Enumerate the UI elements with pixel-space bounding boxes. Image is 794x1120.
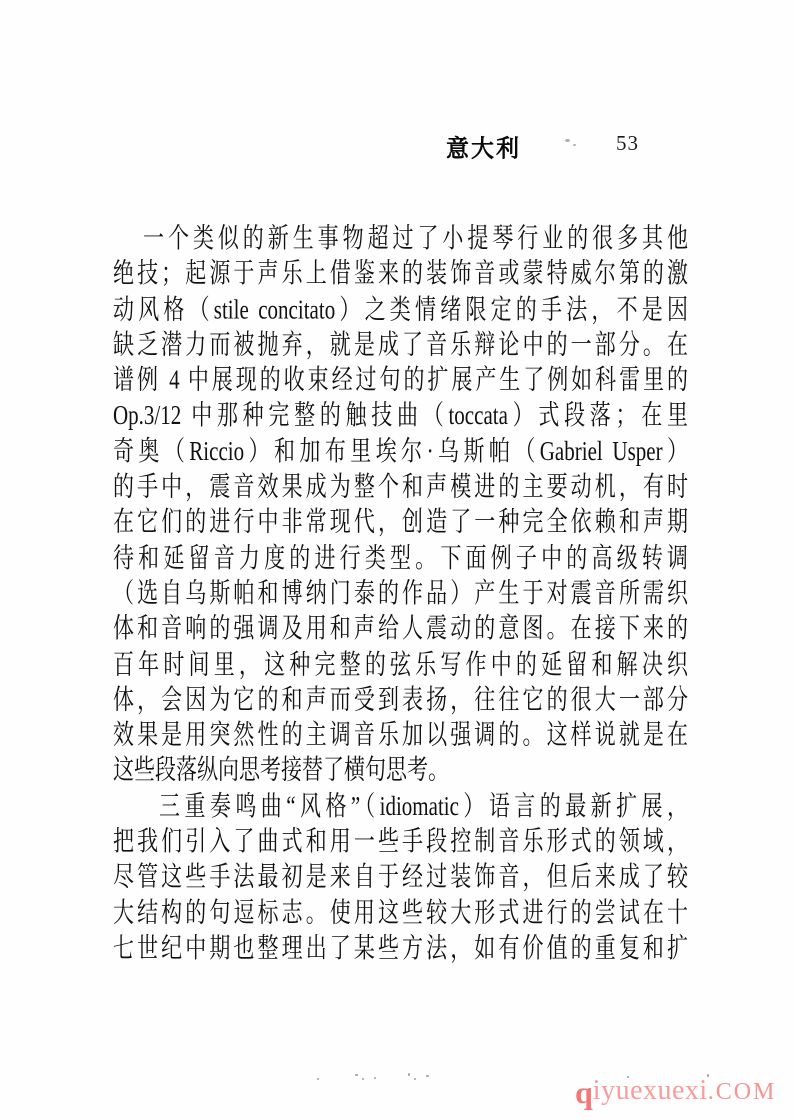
text-line: 七世纪中期也整理出了某些方法，如有价值的重复和扩 (113, 931, 688, 966)
text-line: 一个类似的新生事物超过了小提琴行业的很多其他 (113, 221, 688, 256)
text-line: 缺乏潜力而被抛弃，就是成了音乐辩论中的一部分。在 (113, 327, 688, 362)
scan-speckle (317, 1078, 319, 1080)
ink-smudge (565, 139, 570, 142)
scan-speckle (426, 1075, 429, 1077)
scan-speckle (355, 1074, 358, 1076)
page-text: 一个类似的新生事物超过了小提琴行业的很多其他绝技；起源于声乐上借鉴来的装饰音或蒙… (113, 221, 688, 966)
page-number: 53 (616, 131, 639, 156)
text-line: 的手中，震音效果成为整个和声模进的主要动机，有时 (113, 469, 688, 504)
watermark-tld: .COM (708, 1079, 777, 1105)
scan-speckle (408, 1073, 410, 1076)
text-line: 效果是用突然性的主调音乐加以强调的。这样说就是在 (113, 718, 688, 753)
scan-speckle (414, 1078, 416, 1080)
text-line: 动风格（stile concitato）之类情绪限定的手法，不是因 (113, 292, 688, 327)
text-line: 三重奏鸣曲“风格”（idiomatic）语言的最新扩展， (113, 789, 688, 824)
scanned-book-page: 意大利 53 一个类似的新生事物超过了小提琴行业的很多其他绝技；起源于声乐上借鉴… (0, 0, 794, 1120)
text-line: 体，会因为它的和声而受到表扬，往往它的很大一部分 (113, 682, 688, 717)
text-line: 尽管这些手法最初是来自于经过装饰音，但后来成了较 (113, 860, 688, 895)
scan-speckle (362, 1078, 364, 1080)
text-line: 在它们的进行中非常现代，创造了一种完全依赖和声期 (113, 505, 688, 540)
text-line: 大结构的句逗标志。使用这些较大形式进行的尝试在十 (113, 895, 688, 930)
text-line: 绝技；起源于声乐上借鉴来的装饰音或蒙特威尔第的激 (113, 256, 688, 291)
text-line: 这些段落纵向思考接替了横句思考。 (113, 753, 688, 788)
text-line: 谱例 4 中展现的收束经过句的扩展产生了例如科雷里的 (113, 363, 688, 398)
text-line: 体和音响的强调及用和声给人震动的意图。在接下来的 (113, 611, 688, 646)
text-line: 待和延留音力度的进行类型。下面例子中的高级转调 (113, 540, 688, 575)
text-line: Op.3/12 中那种完整的触技曲（toccata）式段落；在里 (113, 398, 688, 433)
watermark: qiyuexuexi.COM (575, 1074, 776, 1111)
running-head-title: 意大利 (446, 129, 521, 164)
watermark-site: iyuexuexi (593, 1075, 708, 1106)
watermark-q: q (575, 1074, 593, 1110)
scan-speckle (374, 1077, 376, 1079)
ink-smudge (573, 144, 576, 146)
text-line: 奇奥（Riccio）和加布里埃尔·乌斯帕（Gabriel Usper） (113, 434, 688, 469)
text-line: 百年时间里，这种完整的弦乐写作中的延留和解决织 (113, 647, 688, 682)
text-line: 把我们引入了曲式和用一些手段控制音乐形式的领域， (113, 824, 688, 859)
text-line: （选自乌斯帕和博纳门泰的作品）产生于对震音所需织 (113, 576, 688, 611)
